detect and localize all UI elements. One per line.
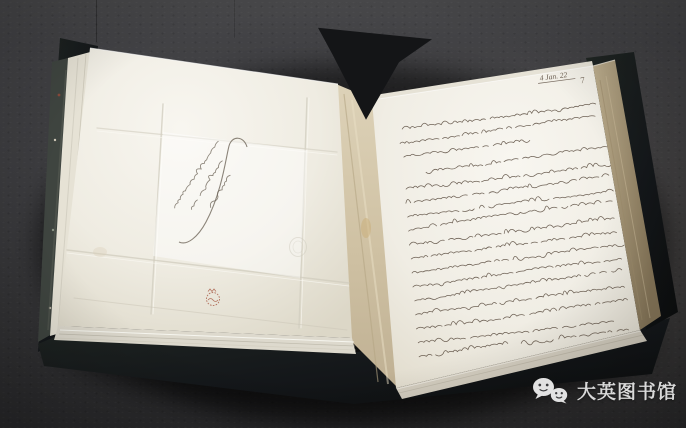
watermark: 大英图书馆 [532,377,677,404]
watermark-text: 大英图书馆 [577,377,677,404]
wechat-icon [532,377,570,404]
left-page [58,48,352,338]
gutter-stain [361,218,371,238]
photo-scene: 4 Jan. 22 7 [0,0,686,428]
address-panel-highlight [153,132,307,278]
paper-stain [93,247,107,257]
